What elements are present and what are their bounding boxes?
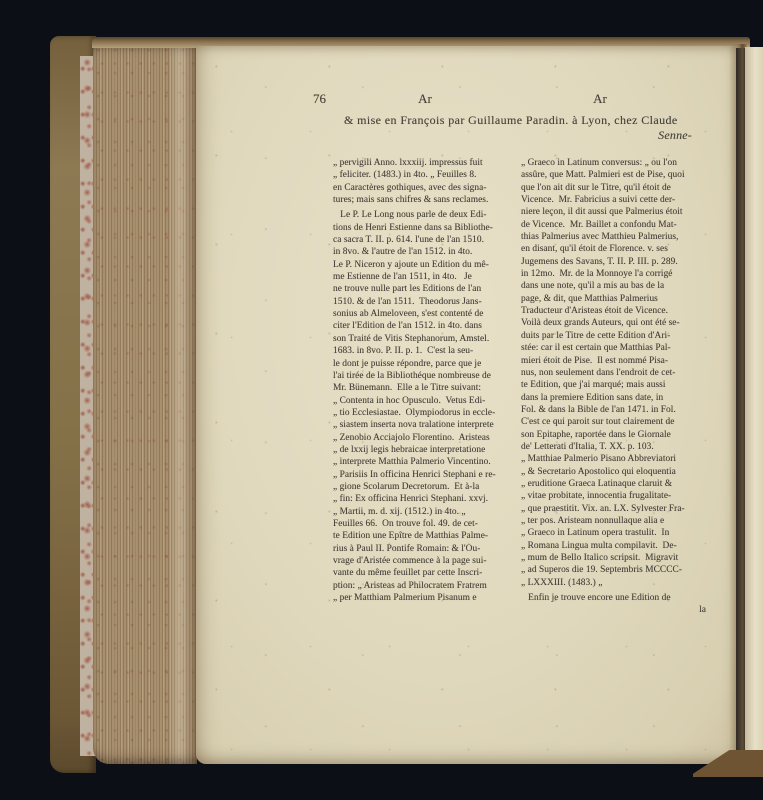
book-scan-scene: 76 Ar Ar & mise en François par Guillaum…	[0, 0, 763, 800]
text-line: ption: „ Aristeas ad Philocratem Fratrem	[333, 580, 518, 592]
paragraph: Le P. Le Long nous parle de deux Edi-tio…	[333, 209, 518, 604]
text-line: assûre, que Matt. Palmieri est de Pise, …	[521, 169, 717, 181]
text-line: 1510. & de l'an 1511. Theodorus Jans-	[333, 296, 518, 308]
facing-page-edge	[745, 47, 763, 763]
text-line: „ Contenta in hoc Opusculo. Vetus Edi-	[333, 395, 518, 407]
text-line: „ ad Superos die 19. Septembris MCCCC-	[521, 564, 717, 576]
text-line: de' Letterati d'Italia, T. XX. p. 103.	[521, 441, 717, 453]
right-column: „ Graeco in Latinum conversus: „ ou l'on…	[521, 157, 717, 617]
text-line: Le P. Le Long nous parle de deux Edi-	[333, 209, 518, 221]
text-line: C'est ce qui paroit sur tout clairement …	[521, 416, 717, 428]
text-line: l'ai tirée de la Bibliothéque nombreuse …	[333, 370, 518, 382]
text-line: „ Zenobio Acciajolo Florentino. Aristeas	[333, 432, 518, 444]
text-line: de Vicence. Mr. Baillet a confondu Mat-	[521, 219, 717, 231]
right-column-paragraphs: „ Graeco in Latinum conversus: „ ou l'on…	[521, 157, 717, 604]
two-column-text-block: „ pervigili Anno. lxxxiij. impressus fui…	[333, 157, 717, 617]
text-line: que l'on ait dit sur le Titre, qu'il éto…	[521, 182, 717, 194]
text-line: „ Graeco in Latinum opera trastulit. In	[521, 527, 717, 539]
text-line: „ Parisiis In officina Henrici Stephani …	[333, 469, 518, 481]
text-line: „ Graeco in Latinum conversus: „ ou l'on	[521, 157, 717, 169]
text-line: vante du même feuillet par cette Inscri-	[333, 567, 518, 579]
paragraph: Enfin je trouve encore une Edition de	[521, 592, 717, 604]
text-line: „ pervigili Anno. lxxxiij. impressus fui…	[333, 157, 518, 169]
text-line: en Caractères gothiques, avec des signa-	[333, 182, 518, 194]
text-line: „ vitae probitate, innocentia frugalitat…	[521, 490, 717, 502]
text-line: „ interprete Matthia Palmerio Vincentino…	[333, 456, 518, 468]
text-line: Enfin je trouve encore une Edition de	[521, 592, 717, 604]
text-line: „ eruditione Graeca Latinaque claruit &	[521, 478, 717, 490]
text-line: „ mum de Bello Italico scripsit. Migravi…	[521, 552, 717, 564]
text-line: te Edition une Epître de Matthias Palme-	[333, 530, 518, 542]
text-line: Vicence. Mr. Fabricius a suivi cette der…	[521, 194, 717, 206]
text-line: „ que praestitit. Vix. an. LX. Sylvester…	[521, 503, 717, 515]
text-line: „ tio Ecclesiastae. Olympiodorus in eccl…	[333, 407, 518, 419]
text-line: in 8vo. & l'autre de l'an 1512. in 4to.	[333, 246, 518, 258]
text-line: „ de lxxij legis hebraicae interpretatio…	[333, 444, 518, 456]
intro-continuation-text: & mise en François par Guillaume Paradin…	[333, 113, 715, 142]
text-line: 1683. in 8vo. P. II. p. 1. C'est la seu-	[333, 345, 518, 357]
page-block-fore-edge	[93, 45, 197, 764]
text-line: thias Palmerius avec Matthieu Palmerius,	[521, 231, 717, 243]
text-line: mieri étoit de Pise. Il est nommé Pisa-	[521, 355, 717, 367]
text-line: rius à Paul II. Pontife Romain: & l'Ou-	[333, 543, 518, 555]
text-line: le dont je puisse répondre, parce que je	[333, 358, 518, 370]
text-line: „ Romana Lingua multa compilavit. De-	[521, 540, 717, 552]
text-line: „ LXXXIII. (1483.) „	[521, 577, 717, 589]
text-line: stée: car il est certain que Matthias Pa…	[521, 342, 717, 354]
text-line: Fol. & dans la Bible de l'an 1471. in Fo…	[521, 404, 717, 416]
text-line: citer l'Edition de l'an 1512. in 4to. da…	[333, 320, 518, 332]
page-number: 76	[313, 91, 347, 107]
text-line: tions de Henri Estienne dans sa Biblioth…	[333, 222, 518, 234]
paragraph: „ pervigili Anno. lxxxiij. impressus fui…	[333, 157, 518, 206]
text-line: vrage d'Aristée commence à la page sui-	[333, 555, 518, 567]
text-line: in 12mo. Mr. de la Monnoye l'a corrigé	[521, 268, 717, 280]
text-line: duits par le Titre de cette Edition d'Ar…	[521, 330, 717, 342]
text-line: „ siastem inserta nova tralatione interp…	[333, 419, 518, 431]
text-line: „ feliciter. (1483.) in 4to. „ Feuilles …	[333, 169, 518, 181]
text-line: Traducteur d'Aristeas étoit de Vicence.	[521, 305, 717, 317]
text-line: son Traité de Vitis Stephanorum, Amstel.	[333, 333, 518, 345]
text-line: ne trouve nulle part les Editions de l'a…	[333, 283, 518, 295]
text-line: Mr. Bünemann. Elle a le Titre suivant:	[333, 382, 518, 394]
text-line: sonius ab Almeloveen, s'est contenté de	[333, 308, 518, 320]
text-line: „ fin: Ex officina Henrici Stephani. xxv…	[333, 493, 518, 505]
text-line: dans la premiere Edition sans date, in	[521, 392, 717, 404]
text-line: en disant, qu'il étoit de Florence. v. s…	[521, 243, 717, 255]
text-line: niere leçon, il dit aussi que Palmerius …	[521, 206, 717, 218]
catchword: la	[521, 604, 717, 616]
running-head-right: Ar	[570, 91, 630, 107]
text-line: tures; mais sans chifres & sans reclames…	[333, 194, 518, 206]
text-line: Voilà deux grands Auteurs, qui ont été s…	[521, 317, 717, 329]
text-line: „ ter pos. Aristeam nonnullaque alia e	[521, 515, 717, 527]
running-head-left: Ar	[395, 91, 455, 107]
text-line: dans une note, qu'il a mis au bas de la	[521, 280, 717, 292]
text-line: nus, non seulement dans l'endroit de cet…	[521, 367, 717, 379]
left-column: „ pervigili Anno. lxxxiij. impressus fui…	[333, 157, 518, 617]
text-line: Jugemens des Savans, T. II. P. III. p. 2…	[521, 256, 717, 268]
intro-line-2: Senne-	[333, 128, 715, 143]
paragraph: „ Graeco in Latinum conversus: „ ou l'on…	[521, 157, 717, 589]
text-line: „ Martii, m. d. xij. (1512.) in 4to. „	[333, 506, 518, 518]
text-line: „ gione Scolarum Decretorum. Et à-la	[333, 481, 518, 493]
text-line: „ Matthiae Palmerio Pisano Abbreviatori	[521, 453, 717, 465]
text-line: „ & Secretario Apostolico qui eloquentia	[521, 466, 717, 478]
text-line: son Epitaphe, raportée dans le Giornale	[521, 429, 717, 441]
text-line: „ per Matthiam Palmerium Pisanum e	[333, 592, 518, 604]
text-line: me Estienne de l'an 1511, in 4to. Je	[333, 271, 518, 283]
intro-line-1: & mise en François par Guillaume Paradin…	[333, 113, 715, 128]
text-line: Le P. Niceron y ajoute un Edition du mê-	[333, 259, 518, 271]
text-line: Feuilles 66. On trouve fol. 49. de cet-	[333, 518, 518, 530]
text-line: ca sacra T. II. p. 614. l'une de l'an 15…	[333, 234, 518, 246]
text-line: page, & dit, que Matthias Palmerius	[521, 293, 717, 305]
text-line: te Edition, que j'ai marqué; mais aussi	[521, 379, 717, 391]
